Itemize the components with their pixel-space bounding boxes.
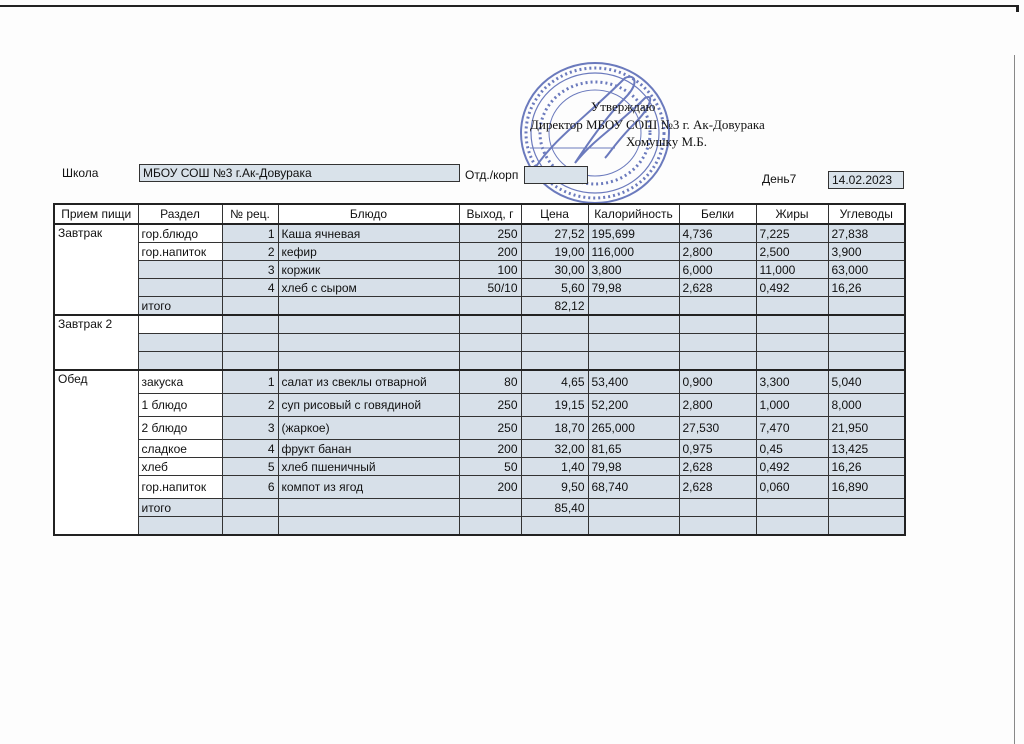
cell-yield[interactable]: 250 xyxy=(459,417,521,440)
table-row xyxy=(54,334,905,352)
cell-section[interactable]: гор.блюдо xyxy=(138,224,222,243)
cell-carbs[interactable] xyxy=(828,499,905,517)
cell-yield[interactable]: 100 xyxy=(459,261,521,279)
cell-recipe[interactable]: 2 xyxy=(222,394,278,417)
cell-yield[interactable]: 50 xyxy=(459,458,521,476)
cell-carbs[interactable]: 16,890 xyxy=(828,476,905,499)
cell-yield[interactable] xyxy=(459,297,521,316)
cell-price[interactable]: 19,15 xyxy=(521,394,588,417)
table-row xyxy=(54,517,905,536)
scan-edge-top xyxy=(0,5,1018,7)
cell-recipe[interactable]: 1 xyxy=(222,224,278,243)
cell-recipe[interactable] xyxy=(222,297,278,316)
cell-dish[interactable]: (жаркое) xyxy=(278,417,459,440)
cell-section[interactable]: итого xyxy=(138,499,222,517)
cell-fat[interactable]: 2,500 xyxy=(756,243,828,261)
cell-price[interactable]: 85,40 xyxy=(521,499,588,517)
cell-fat[interactable] xyxy=(756,297,828,316)
col-kcal: Калорийность xyxy=(588,204,679,224)
cell-carbs[interactable]: 16,26 xyxy=(828,458,905,476)
cell-protein[interactable]: 27,530 xyxy=(679,417,756,440)
cell-carbs[interactable]: 16,26 xyxy=(828,279,905,297)
cell-fat[interactable] xyxy=(756,352,828,371)
cell-fat[interactable]: 0,492 xyxy=(756,279,828,297)
table-row: 4хлеб с сыром50/105,6079,982,6280,49216,… xyxy=(54,279,905,297)
cell-section[interactable]: итого xyxy=(138,297,222,316)
cell-recipe[interactable] xyxy=(222,352,278,371)
cell-recipe[interactable] xyxy=(222,517,278,536)
cell-kcal[interactable]: 53,400 xyxy=(588,370,679,394)
cell-section[interactable] xyxy=(138,261,222,279)
cell-kcal[interactable]: 3,800 xyxy=(588,261,679,279)
cell-section[interactable] xyxy=(138,315,222,334)
cell-carbs[interactable] xyxy=(828,352,905,371)
cell-section[interactable]: закуска xyxy=(138,370,222,394)
cell-dish[interactable]: хлеб пшеничный xyxy=(278,458,459,476)
cell-protein[interactable]: 2,800 xyxy=(679,394,756,417)
cell-price[interactable]: 19,00 xyxy=(521,243,588,261)
cell-fat[interactable]: 0,492 xyxy=(756,458,828,476)
cell-protein[interactable]: 0,900 xyxy=(679,370,756,394)
cell-section[interactable]: хлеб xyxy=(138,458,222,476)
cell-carbs[interactable] xyxy=(828,334,905,352)
table-row: Завтракгор.блюдо1Каша ячневая25027,52195… xyxy=(54,224,905,243)
cell-carbs[interactable]: 27,838 xyxy=(828,224,905,243)
cell-fat[interactable] xyxy=(756,499,828,517)
table-row: гор.напиток2кефир20019,00116,0002,8002,5… xyxy=(54,243,905,261)
scan-edge-tick xyxy=(1016,5,1019,12)
cell-price[interactable] xyxy=(521,334,588,352)
approval-title: Утверждаю xyxy=(591,99,655,115)
col-dish: Блюдо xyxy=(278,204,459,224)
cell-kcal[interactable] xyxy=(588,499,679,517)
cell-protein[interactable]: 2,800 xyxy=(679,243,756,261)
cell-protein[interactable]: 2,628 xyxy=(679,476,756,499)
cell-carbs[interactable]: 3,900 xyxy=(828,243,905,261)
dept-field[interactable] xyxy=(524,166,588,184)
meal-name: Обед xyxy=(54,370,138,535)
col-yield: Выход, г xyxy=(459,204,521,224)
cell-dish[interactable] xyxy=(278,499,459,517)
cell-price[interactable]: 1,40 xyxy=(521,458,588,476)
cell-section[interactable]: 1 блюдо xyxy=(138,394,222,417)
table-row: итого82,12 xyxy=(54,297,905,316)
cell-kcal[interactable]: 81,65 xyxy=(588,440,679,458)
cell-protein[interactable] xyxy=(679,352,756,371)
approval-position: Директор МБОУ СОШ №3 г. Ак-Довурака xyxy=(530,117,765,133)
cell-section[interactable] xyxy=(138,334,222,352)
col-recipe: № рец. xyxy=(222,204,278,224)
cell-carbs[interactable]: 21,950 xyxy=(828,417,905,440)
cell-fat[interactable]: 11,000 xyxy=(756,261,828,279)
school-field[interactable]: МБОУ СОШ №3 г.Ак-Довурака xyxy=(139,164,460,182)
table-row: гор.напиток6компот из ягод2009,5068,7402… xyxy=(54,476,905,499)
table-row: итого85,40 xyxy=(54,499,905,517)
cell-recipe[interactable]: 1 xyxy=(222,370,278,394)
cell-yield[interactable] xyxy=(459,315,521,334)
cell-yield[interactable] xyxy=(459,499,521,517)
table-row: Обедзакуска1салат из свеклы отварной804,… xyxy=(54,370,905,394)
cell-fat[interactable] xyxy=(756,315,828,334)
cell-kcal[interactable]: 79,98 xyxy=(588,458,679,476)
cell-protein[interactable]: 2,628 xyxy=(679,279,756,297)
day-label: День7 xyxy=(762,172,796,186)
cell-yield[interactable]: 250 xyxy=(459,224,521,243)
cell-dish[interactable] xyxy=(278,352,459,371)
cell-recipe[interactable] xyxy=(222,499,278,517)
cell-dish[interactable] xyxy=(278,334,459,352)
cell-dish[interactable]: кефир xyxy=(278,243,459,261)
cell-protein[interactable]: 2,628 xyxy=(679,458,756,476)
col-protein: Белки xyxy=(679,204,756,224)
cell-yield[interactable]: 200 xyxy=(459,440,521,458)
col-price: Цена xyxy=(521,204,588,224)
cell-price[interactable]: 9,50 xyxy=(521,476,588,499)
cell-kcal[interactable]: 116,000 xyxy=(588,243,679,261)
cell-section[interactable] xyxy=(138,352,222,371)
col-carbs: Углеводы xyxy=(828,204,905,224)
cell-recipe[interactable]: 5 xyxy=(222,458,278,476)
cell-fat[interactable] xyxy=(756,517,828,536)
cell-price[interactable]: 82,12 xyxy=(521,297,588,316)
table-row: 1 блюдо2суп рисовый с говядиной25019,155… xyxy=(54,394,905,417)
cell-kcal[interactable] xyxy=(588,334,679,352)
cell-dish[interactable] xyxy=(278,297,459,316)
cell-protein[interactable]: 4,736 xyxy=(679,224,756,243)
cell-yield[interactable]: 250 xyxy=(459,394,521,417)
cell-kcal[interactable] xyxy=(588,517,679,536)
cell-carbs[interactable]: 63,000 xyxy=(828,261,905,279)
cell-protein[interactable] xyxy=(679,315,756,334)
cell-section[interactable]: гор.напиток xyxy=(138,243,222,261)
cell-protein[interactable] xyxy=(679,297,756,316)
cell-protein[interactable]: 6,000 xyxy=(679,261,756,279)
cell-kcal[interactable]: 52,200 xyxy=(588,394,679,417)
cell-fat[interactable]: 0,060 xyxy=(756,476,828,499)
cell-dish[interactable]: салат из свеклы отварной xyxy=(278,370,459,394)
cell-dish[interactable]: компот из ягод xyxy=(278,476,459,499)
cell-section[interactable]: 2 блюдо xyxy=(138,417,222,440)
cell-yield[interactable] xyxy=(459,352,521,371)
cell-kcal[interactable] xyxy=(588,352,679,371)
cell-kcal[interactable] xyxy=(588,315,679,334)
dept-label: Отд./корп xyxy=(465,168,518,182)
cell-price[interactable]: 32,00 xyxy=(521,440,588,458)
col-meal: Прием пищи xyxy=(54,204,138,224)
cell-dish[interactable] xyxy=(278,517,459,536)
cell-recipe[interactable]: 6 xyxy=(222,476,278,499)
cell-protein[interactable] xyxy=(679,334,756,352)
cell-price[interactable] xyxy=(521,352,588,371)
table-row: сладкое4фрукт банан20032,0081,650,9750,4… xyxy=(54,440,905,458)
cell-yield[interactable] xyxy=(459,517,521,536)
cell-carbs[interactable]: 13,425 xyxy=(828,440,905,458)
cell-kcal[interactable]: 68,740 xyxy=(588,476,679,499)
cell-yield[interactable]: 80 xyxy=(459,370,521,394)
cell-section[interactable] xyxy=(138,517,222,536)
table-row xyxy=(54,352,905,371)
official-stamp-icon xyxy=(515,58,675,208)
cell-dish[interactable]: хлеб с сыром xyxy=(278,279,459,297)
cell-dish[interactable]: коржик xyxy=(278,261,459,279)
cell-yield[interactable]: 200 xyxy=(459,476,521,499)
table-row: 2 блюдо3(жаркое)25018,70265,00027,5307,4… xyxy=(54,417,905,440)
cell-protein[interactable]: 0,975 xyxy=(679,440,756,458)
cell-dish[interactable] xyxy=(278,315,459,334)
cell-section[interactable]: гор.напиток xyxy=(138,476,222,499)
cell-kcal[interactable]: 195,699 xyxy=(588,224,679,243)
table-header-row: Прием пищи Раздел № рец. Блюдо Выход, г … xyxy=(54,204,905,224)
cell-recipe[interactable]: 4 xyxy=(222,279,278,297)
cell-dish[interactable]: фрукт банан xyxy=(278,440,459,458)
cell-dish[interactable]: суп рисовый с говядиной xyxy=(278,394,459,417)
table-row: хлеб5хлеб пшеничный501,4079,982,6280,492… xyxy=(54,458,905,476)
cell-fat[interactable]: 1,000 xyxy=(756,394,828,417)
cell-yield[interactable]: 200 xyxy=(459,243,521,261)
cell-carbs[interactable]: 8,000 xyxy=(828,394,905,417)
cell-protein[interactable] xyxy=(679,517,756,536)
cell-price[interactable]: 18,70 xyxy=(521,417,588,440)
cell-price[interactable]: 4,65 xyxy=(521,370,588,394)
menu-table: Прием пищи Раздел № рец. Блюдо Выход, г … xyxy=(53,203,906,536)
date-field[interactable]: 14.02.2023 xyxy=(828,171,904,189)
cell-section[interactable]: сладкое xyxy=(138,440,222,458)
cell-fat[interactable]: 7,225 xyxy=(756,224,828,243)
cell-carbs[interactable] xyxy=(828,315,905,334)
table-row: Завтрак 2 xyxy=(54,315,905,334)
cell-carbs[interactable]: 5,040 xyxy=(828,370,905,394)
cell-carbs[interactable] xyxy=(828,517,905,536)
approval-name: Хомушку М.Б. xyxy=(626,134,707,150)
col-fat: Жиры xyxy=(756,204,828,224)
scan-edge-right xyxy=(1014,55,1015,744)
cell-fat[interactable]: 3,300 xyxy=(756,370,828,394)
meal-name: Завтрак 2 xyxy=(54,315,138,370)
cell-protein[interactable] xyxy=(679,499,756,517)
cell-section[interactable] xyxy=(138,279,222,297)
cell-kcal[interactable]: 79,98 xyxy=(588,279,679,297)
cell-recipe[interactable]: 4 xyxy=(222,440,278,458)
cell-price[interactable]: 30,00 xyxy=(521,261,588,279)
cell-fat[interactable] xyxy=(756,334,828,352)
cell-price[interactable]: 5,60 xyxy=(521,279,588,297)
cell-price[interactable] xyxy=(521,315,588,334)
cell-recipe[interactable] xyxy=(222,315,278,334)
cell-dish[interactable]: Каша ячневая xyxy=(278,224,459,243)
cell-recipe[interactable] xyxy=(222,334,278,352)
cell-fat[interactable]: 0,45 xyxy=(756,440,828,458)
cell-yield[interactable] xyxy=(459,334,521,352)
cell-fat[interactable]: 7,470 xyxy=(756,417,828,440)
school-label: Школа xyxy=(62,166,98,180)
cell-kcal[interactable]: 265,000 xyxy=(588,417,679,440)
cell-recipe[interactable]: 3 xyxy=(222,261,278,279)
col-section: Раздел xyxy=(138,204,222,224)
cell-price[interactable] xyxy=(521,517,588,536)
cell-kcal[interactable] xyxy=(588,297,679,316)
cell-recipe[interactable]: 2 xyxy=(222,243,278,261)
table-row: 3коржик10030,003,8006,00011,00063,000 xyxy=(54,261,905,279)
cell-recipe[interactable]: 3 xyxy=(222,417,278,440)
meal-name: Завтрак xyxy=(54,224,138,315)
cell-price[interactable]: 27,52 xyxy=(521,224,588,243)
cell-carbs[interactable] xyxy=(828,297,905,316)
cell-yield[interactable]: 50/10 xyxy=(459,279,521,297)
